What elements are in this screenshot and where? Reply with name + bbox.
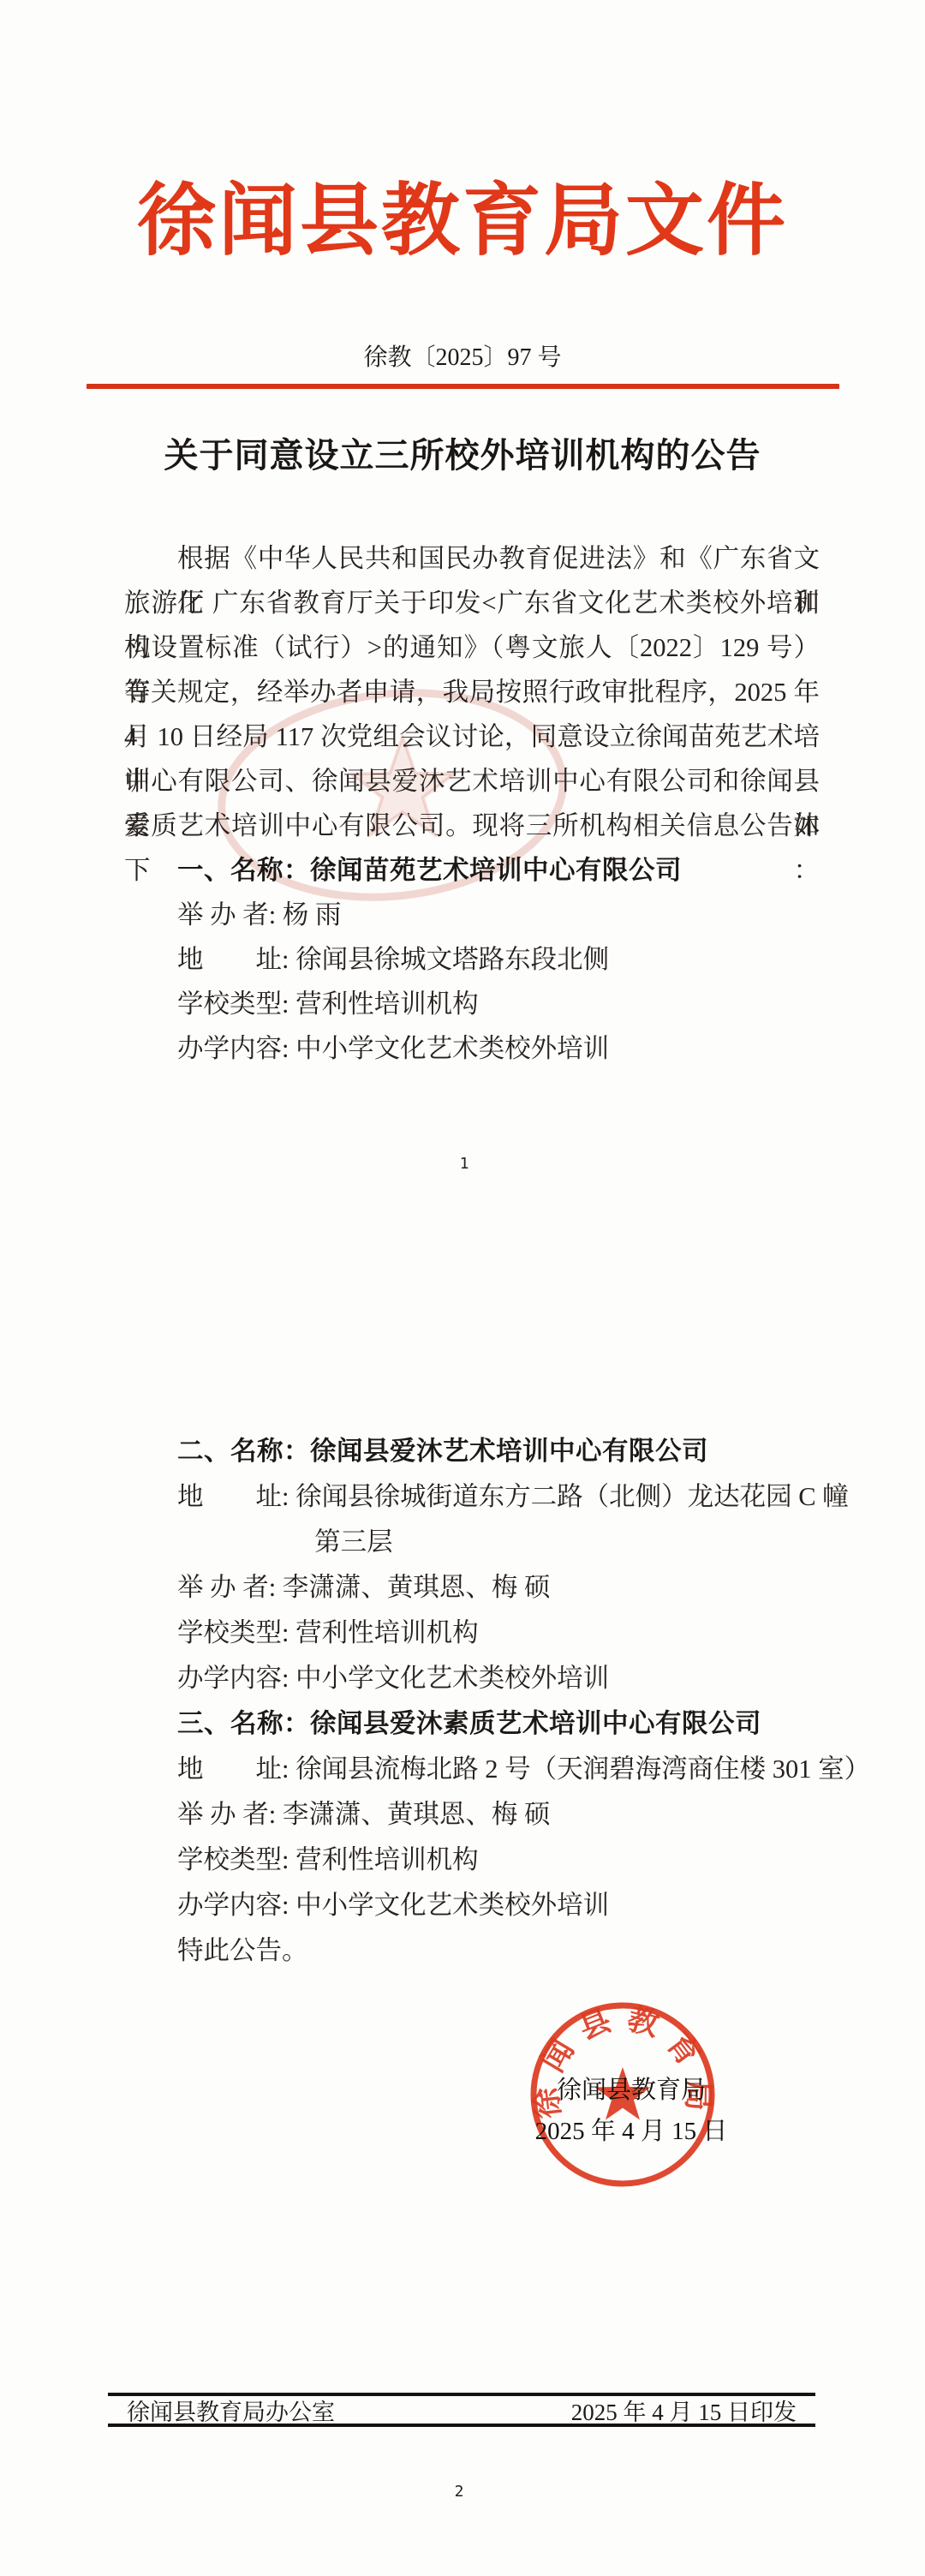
institution-1-detail: 地 址: 徐闻县徐城文塔路东段北侧: [124, 937, 820, 982]
signature-org: 徐闻县教育局: [443, 2070, 820, 2111]
document-page: 徐闻县教育局文件 徐教〔2025〕97 号 关于同意设立三所校外培训机构的公告 …: [0, 0, 925, 2576]
body-line: 旅游厅 广东省教育厅关于印发<广东省文化艺术类校外培训机: [124, 581, 820, 625]
footer-rule-bottom: [108, 2424, 815, 2427]
body-line: 素质艺术培训中心有限公司。现将三所机构相关信息公告如下：: [124, 804, 820, 848]
page-number-1: 1: [439, 1155, 490, 1173]
signature-date: 2025 年 4 月 15 日: [443, 2111, 820, 2152]
body-line: 中心有限公司、徐闻县爱沐艺术培训中心有限公司和徐闻县爱沐: [124, 759, 820, 804]
institution-1-detail: 办学内容: 中小学文化艺术类校外培训: [124, 1026, 820, 1071]
institution-3-detail: 举 办 者: 李潇潇、黄琪恩、梅 硕: [124, 1792, 820, 1838]
institution-3-heading: 三、名称：徐闻县爱沐素质艺术培训中心有限公司: [124, 1701, 820, 1747]
institution-2-detail: 举 办 者: 李潇潇、黄琪恩、梅 硕: [124, 1565, 820, 1611]
institution-2-detail: 学校类型: 营利性培训机构: [124, 1611, 820, 1656]
footer-print-date: 2025 年 4 月 15 日印发: [571, 2394, 797, 2427]
letterhead-org-title: 徐闻县教育局文件: [0, 170, 925, 272]
closing-statement: 特此公告。: [124, 1928, 820, 1974]
signature-block: 徐闻县教育局 2025 年 4 月 15 日: [443, 2070, 820, 2152]
institution-2-detail: 办学内容: 中小学文化艺术类校外培训: [124, 1656, 820, 1701]
red-divider-rule: [87, 384, 839, 389]
institution-2-detail: 地 址: 徐闻县徐城街道东方二路（北侧）龙达花园 C 幢: [124, 1474, 820, 1520]
institution-3-detail: 学校类型: 营利性培训机构: [124, 1838, 820, 1883]
institution-2-heading: 二、名称：徐闻县爱沐艺术培训中心有限公司: [124, 1429, 820, 1474]
institution-1-detail: 学校类型: 营利性培训机构: [124, 982, 820, 1026]
institution-2-detail: 第三层: [124, 1520, 820, 1565]
footer-row: 徐闻县教育局办公室 2025 年 4 月 15 日印发: [127, 2395, 797, 2424]
document-number: 徐教〔2025〕97 号: [0, 341, 925, 375]
page-number-2: 2: [433, 2483, 485, 2501]
body-line: 根据《中华人民共和国民办教育促进法》和《广东省文化和: [124, 536, 820, 581]
body-page-1: 根据《中华人民共和国民办教育促进法》和《广东省文化和 旅游厅 广东省教育厅关于印…: [124, 536, 820, 1071]
institution-3-detail: 地 址: 徐闻县流梅北路 2 号（天润碧海湾商住楼 301 室）: [124, 1747, 820, 1792]
institution-1-detail: 举 办 者: 杨 雨: [124, 893, 820, 937]
body-line: 构设置标准（试行）>的通知》（粤文旅人〔2022〕129 号）等: [124, 625, 820, 670]
footer-issuing-office: 徐闻县教育局办公室: [127, 2394, 335, 2427]
body-page-2: 二、名称：徐闻县爱沐艺术培训中心有限公司 地 址: 徐闻县徐城街道东方二路（北侧…: [124, 1429, 820, 1974]
body-line: 有关规定，经举办者申请，我局按照行政审批程序，2025 年 4: [124, 670, 820, 714]
institution-3-detail: 办学内容: 中小学文化艺术类校外培训: [124, 1883, 820, 1928]
body-line: 月 10 日经局 117 次党组会议讨论，同意设立徐闻苗苑艺术培训: [124, 714, 820, 759]
document-title: 关于同意设立三所校外培训机构的公告: [0, 433, 925, 478]
